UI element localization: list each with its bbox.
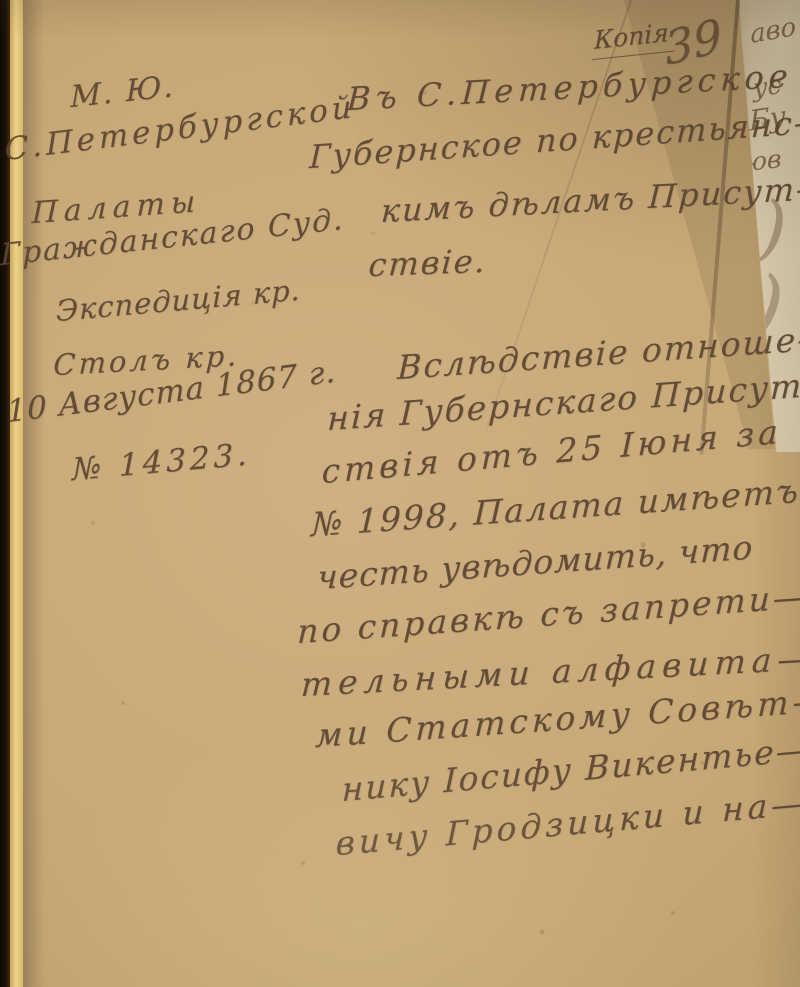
adjacent-text-fragment: аво <box>749 12 797 50</box>
recipient-line: ствіе. <box>367 242 488 284</box>
manuscript-scan: аво ус Бу юв ) ) Копія 39 М. Ю. С.Петерб… <box>0 0 800 987</box>
sender-line-city: С.Петербургской <box>4 89 356 168</box>
recipient-line: кимъ дѣламъ Присут— <box>380 168 800 230</box>
sender-line-expedition: Экспедиція кр. <box>56 273 301 329</box>
sender-line-number: № 14323. <box>72 436 251 488</box>
sender-line-ministry: М. Ю. <box>70 69 175 115</box>
